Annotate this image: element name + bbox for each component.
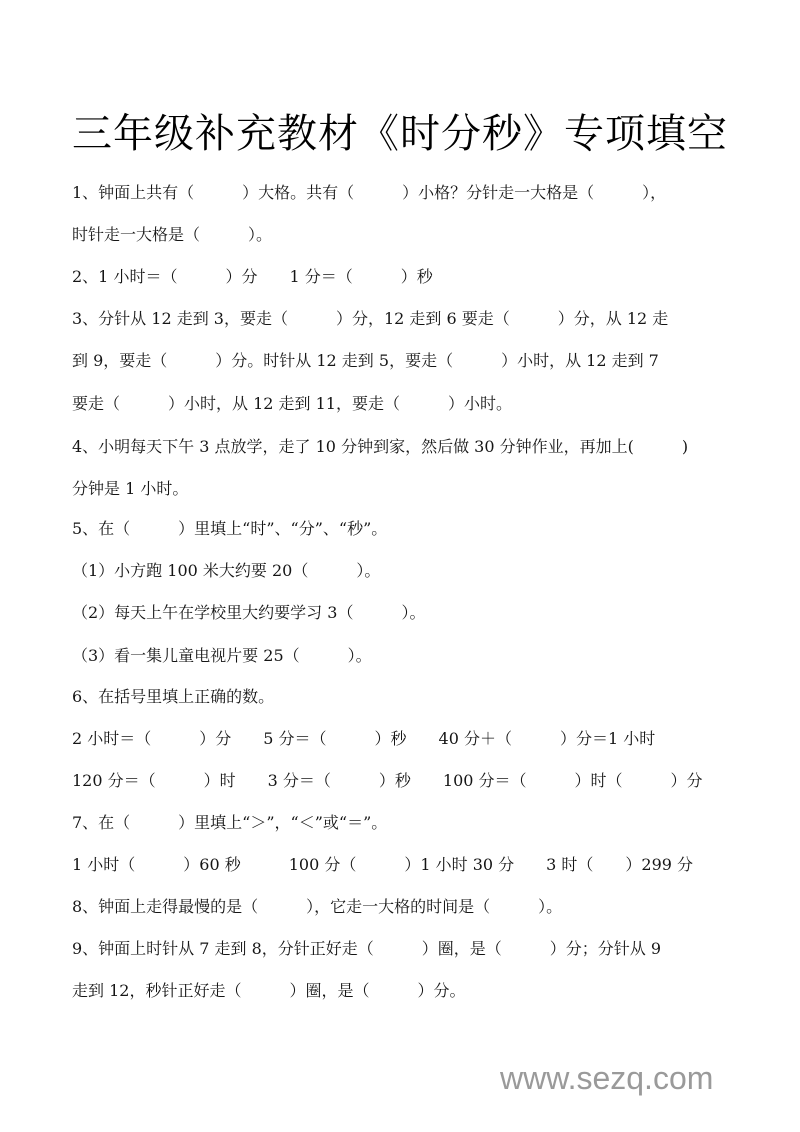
question-3-line-3: 要走（ ）小时，从 12 走到 11，要走（ ）小时。 [72,393,512,415]
question-2-line-1: 2、1 小时＝（ ）分 1 分＝（ ）秒 [72,266,433,288]
question-6-row-2: 120 分＝（ ）时 3 分＝（ ）秒 100 分＝（ ）时（ ）分 [72,770,703,792]
question-7-row-1: 1 小时（ ）60 秒 100 分（ ）1 小时 30 分 3 时（ ）299 … [72,854,693,876]
worksheet-page: 三年级补充教材《时分秒》专项填空 1、钟面上共有（ ）大格。共有（ ）小格？分针… [0,0,800,1132]
question-6-row-1: 2 小时＝（ ）分 5 分＝（ ）秒 40 分＋（ ）分＝1 小时 [72,728,655,750]
question-8-line-1: 8、钟面上走得最慢的是（ ），它走一大格的时间是（ ）。 [72,896,562,918]
question-9-line-2: 走到 12，秒针正好走（ ）圈，是（ ）分。 [72,980,465,1002]
question-3-line-1: 3、分针从 12 走到 3，要走（ ）分，12 走到 6 要走（ ）分，从 12… [72,308,668,330]
question-7-line-1: 7、在（ ）里填上“＞”，“＜”或“＝”。 [72,812,387,834]
question-5-item-3: （3）看一集儿童电视片要 25（ ）。 [72,645,372,667]
question-1-line-2: 时针走一大格是（ ）。 [72,224,272,246]
question-4-line-2: 分钟是 1 小时。 [72,478,188,500]
question-3-line-2: 到 9，要走（ ）分。时针从 12 走到 5，要走（ ）小时，从 12 走到 7 [72,350,659,372]
question-9-line-1: 9、钟面上时针从 7 走到 8，分针正好走（ ）圈，是（ ）分；分针从 9 [72,938,661,960]
question-4-line-1: 4、小明每天下午 3 点放学，走了 10 分钟到家，然后做 30 分钟作业，再加… [72,436,688,458]
question-5-item-2: （2）每天上午在学校里大约要学习 3（ ）。 [72,602,425,624]
watermark: www.sezq.com [500,1060,713,1097]
question-6-line-1: 6、在括号里填上正确的数。 [72,686,274,708]
question-5-item-1: （1）小方跑 100 米大约要 20（ ）。 [72,560,380,582]
question-1-line-1: 1、钟面上共有（ ）大格。共有（ ）小格？分针走一大格是（ ）， [72,182,666,204]
question-5-line-1: 5、在（ ）里填上“时”、“分”、“秒”。 [72,518,387,540]
page-title: 三年级补充教材《时分秒》专项填空 [0,108,800,160]
